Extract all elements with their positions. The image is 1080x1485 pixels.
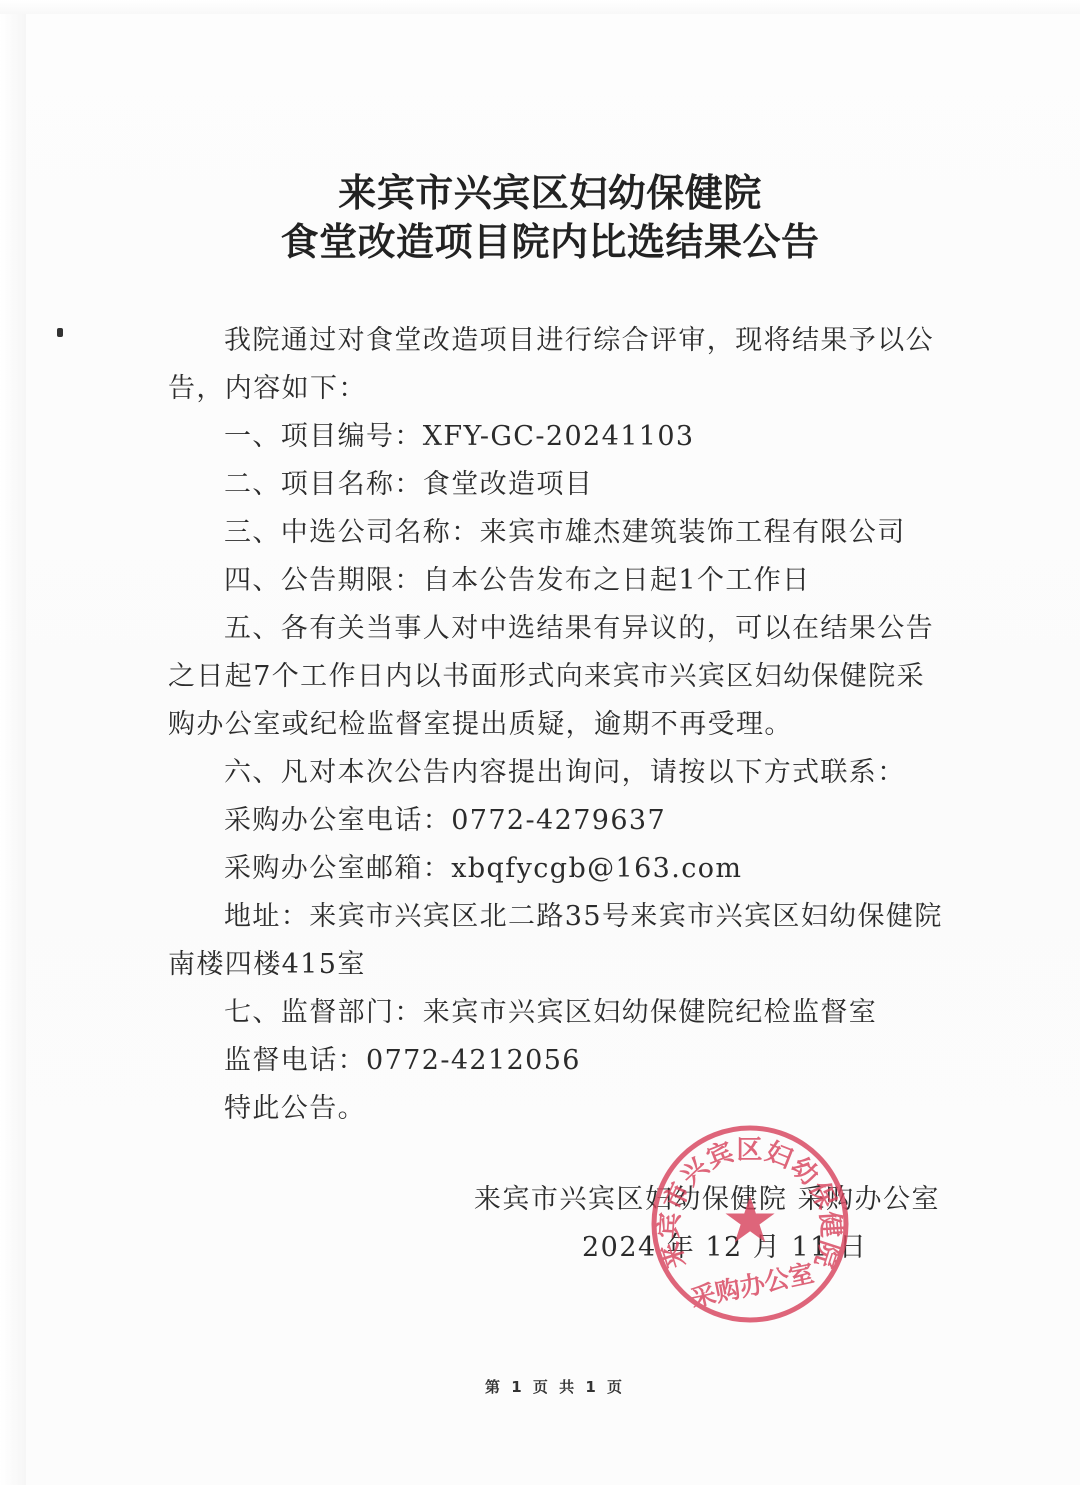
address: 地址：来宾市兴宾区北二路35号来宾市兴宾区妇幼保健院南楼四楼415室 bbox=[168, 893, 948, 989]
document-title-line-1: 来宾市兴宾区妇幼保健院 bbox=[0, 169, 1080, 217]
intro-paragraph: 我院通过对食堂改造项目进行综合评审，现将结果予以公告，内容如下： bbox=[168, 317, 948, 413]
margin-mark bbox=[57, 328, 63, 337]
document-title-line-2: 食堂改造项目院内比选结果公告 bbox=[0, 218, 1080, 266]
procurement-phone: 采购办公室电话：0772-4279637 bbox=[168, 797, 948, 845]
supervision-department: 七、监督部门：来宾市兴宾区妇幼保健院纪检监督室 bbox=[168, 989, 948, 1037]
signature-issuer: 来宾市兴宾区妇幼保健院 采购办公室 bbox=[474, 1176, 940, 1224]
signature-date: 2024 年 12 月 11 日 bbox=[582, 1224, 867, 1272]
supervision-phone: 监督电话：0772-4212056 bbox=[168, 1037, 948, 1085]
page-indicator: 第 1 页 共 1 页 bbox=[0, 1376, 1080, 1397]
procurement-email: 采购办公室邮箱：xbqfycgb@163.com bbox=[168, 845, 948, 893]
scan-edge bbox=[0, 0, 1080, 14]
objection-clause: 五、各有关当事人对中选结果有异议的，可以在结果公告之日起7个工作日内以书面形式向… bbox=[168, 605, 948, 749]
project-name: 二、项目名称：食堂改造项目 bbox=[168, 461, 948, 509]
project-number: 一、项目编号：XFY-GC-20241103 bbox=[168, 413, 948, 461]
closing-statement: 特此公告。 bbox=[168, 1085, 948, 1133]
selected-company: 三、中选公司名称：来宾市雄杰建筑装饰工程有限公司 bbox=[168, 509, 948, 557]
document-page: 来宾市兴宾区妇幼保健院 食堂改造项目院内比选结果公告 我院通过对食堂改造项目进行… bbox=[0, 0, 1080, 1485]
document-body: 我院通过对食堂改造项目进行综合评审，现将结果予以公告，内容如下： 一、项目编号：… bbox=[168, 317, 948, 1133]
inquiry-clause: 六、凡对本次公告内容提出询问，请按以下方式联系： bbox=[168, 749, 948, 797]
notice-period: 四、公告期限：自本公告发布之日起1个工作日 bbox=[168, 557, 948, 605]
